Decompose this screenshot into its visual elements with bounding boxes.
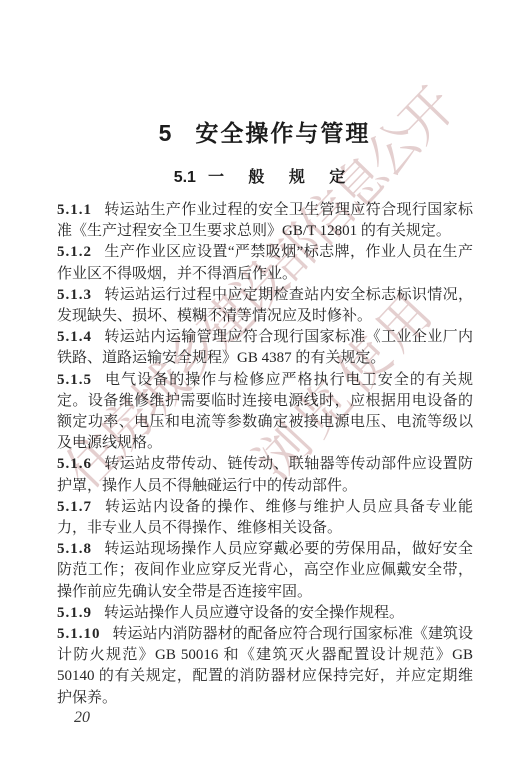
clause-paragraph: 5.1.3转运站运行过程中应定期检查站内安全标志标识情况，发现缺失、损坏、模糊不… — [57, 285, 473, 327]
clause-text: 转运站内设备的操作、维修与维护人员应具备专业能力，非专业人员不得操作、维修相关设… — [57, 499, 473, 536]
clause-text: 生产作业区应设置“严禁吸烟”标志牌，作业人员在生产作业区不得吸烟，并不得酒后作业… — [57, 244, 473, 281]
clause-text: 转运站运行过程中应定期检查站内安全标志标识情况，发现缺失、损坏、模糊不清等情况应… — [57, 287, 473, 324]
clause-text: 电气设备的操作与检修应严格执行电工安全的有关规定。设备维修维护需要临时连接电源线… — [57, 372, 473, 452]
clause-text: 转运站操作人员应遵守设备的安全操作规程。 — [104, 605, 404, 621]
clause-number: 5.1.7 — [57, 499, 92, 515]
clause-paragraph: 5.1.7转运站内设备的操作、维修与维护人员应具备专业能力，非专业人员不得操作、… — [57, 497, 473, 539]
clause-paragraph: 5.1.8转运站现场操作人员应穿戴必要的劳保用品，做好安全防范工作；夜间作业应穿… — [57, 539, 473, 603]
clause-paragraph: 5.1.1转运站生产作业过程的安全卫生管理应符合现行国家标准《生产过程安全卫生要… — [57, 200, 473, 242]
clause-number: 5.1.9 — [57, 605, 92, 621]
clause-text: 转运站现场操作人员应穿戴必要的劳保用品，做好安全防范工作；夜间作业应穿反光背心，… — [57, 541, 473, 599]
clause-number: 5.1.5 — [57, 372, 92, 388]
clause-paragraph: 5.1.6转运站皮带传动、链传动、联轴器等传动部件应设置防护罩，操作人员不得触碰… — [57, 454, 473, 496]
clause-number: 5.1.10 — [57, 626, 101, 642]
clause-paragraph: 5.1.4转运站内运输管理应符合现行国家标准《工业企业厂内铁路、道路运输安全规程… — [57, 327, 473, 369]
chapter-heading: 5安全操作与管理 — [0, 119, 529, 147]
clause-paragraph: 5.1.9转运站操作人员应遵守设备的安全操作规程。 — [57, 603, 473, 624]
clause-paragraph: 5.1.10转运站内消防器材的配备应符合现行国家标准《建筑设计防火规范》GB 5… — [57, 624, 473, 709]
chapter-number: 5 — [159, 120, 172, 146]
document-page: 住房城乡建设部信息公开 浏览使用 5安全操作与管理 5.1一 般 规 定 5.1… — [0, 0, 529, 767]
clause-number: 5.1.2 — [57, 244, 92, 260]
section-number: 5.1 — [174, 169, 196, 186]
clause-paragraph: 5.1.2生产作业区应设置“严禁吸烟”标志牌，作业人员在生产作业区不得吸烟，并不… — [57, 242, 473, 284]
clause-number: 5.1.3 — [57, 287, 92, 303]
clause-list: 5.1.1转运站生产作业过程的安全卫生管理应符合现行国家标准《生产过程安全卫生要… — [57, 200, 473, 709]
clause-number: 5.1.6 — [57, 456, 92, 472]
clause-number: 5.1.4 — [57, 329, 92, 345]
clause-text: 转运站内消防器材的配备应符合现行国家标准《建筑设计防火规范》GB 50016 和… — [57, 626, 473, 706]
clause-text: 转运站皮带传动、链传动、联轴器等传动部件应设置防护罩，操作人员不得触碰运行中的传… — [57, 456, 473, 493]
clause-text: 转运站内运输管理应符合现行国家标准《工业企业厂内铁路、道路运输安全规程》GB 4… — [57, 329, 473, 366]
clause-text: 转运站生产作业过程的安全卫生管理应符合现行国家标准《生产过程安全卫生要求总则》G… — [57, 202, 473, 239]
page-number: 20 — [74, 709, 90, 727]
section-title: 一 般 规 定 — [208, 169, 355, 186]
chapter-title: 安全操作与管理 — [195, 120, 370, 146]
clause-paragraph: 5.1.5电气设备的操作与检修应严格执行电工安全的有关规定。设备维修维护需要临时… — [57, 370, 473, 455]
clause-number: 5.1.1 — [57, 202, 92, 218]
section-heading: 5.1一 般 规 定 — [0, 168, 529, 188]
clause-number: 5.1.8 — [57, 541, 92, 557]
